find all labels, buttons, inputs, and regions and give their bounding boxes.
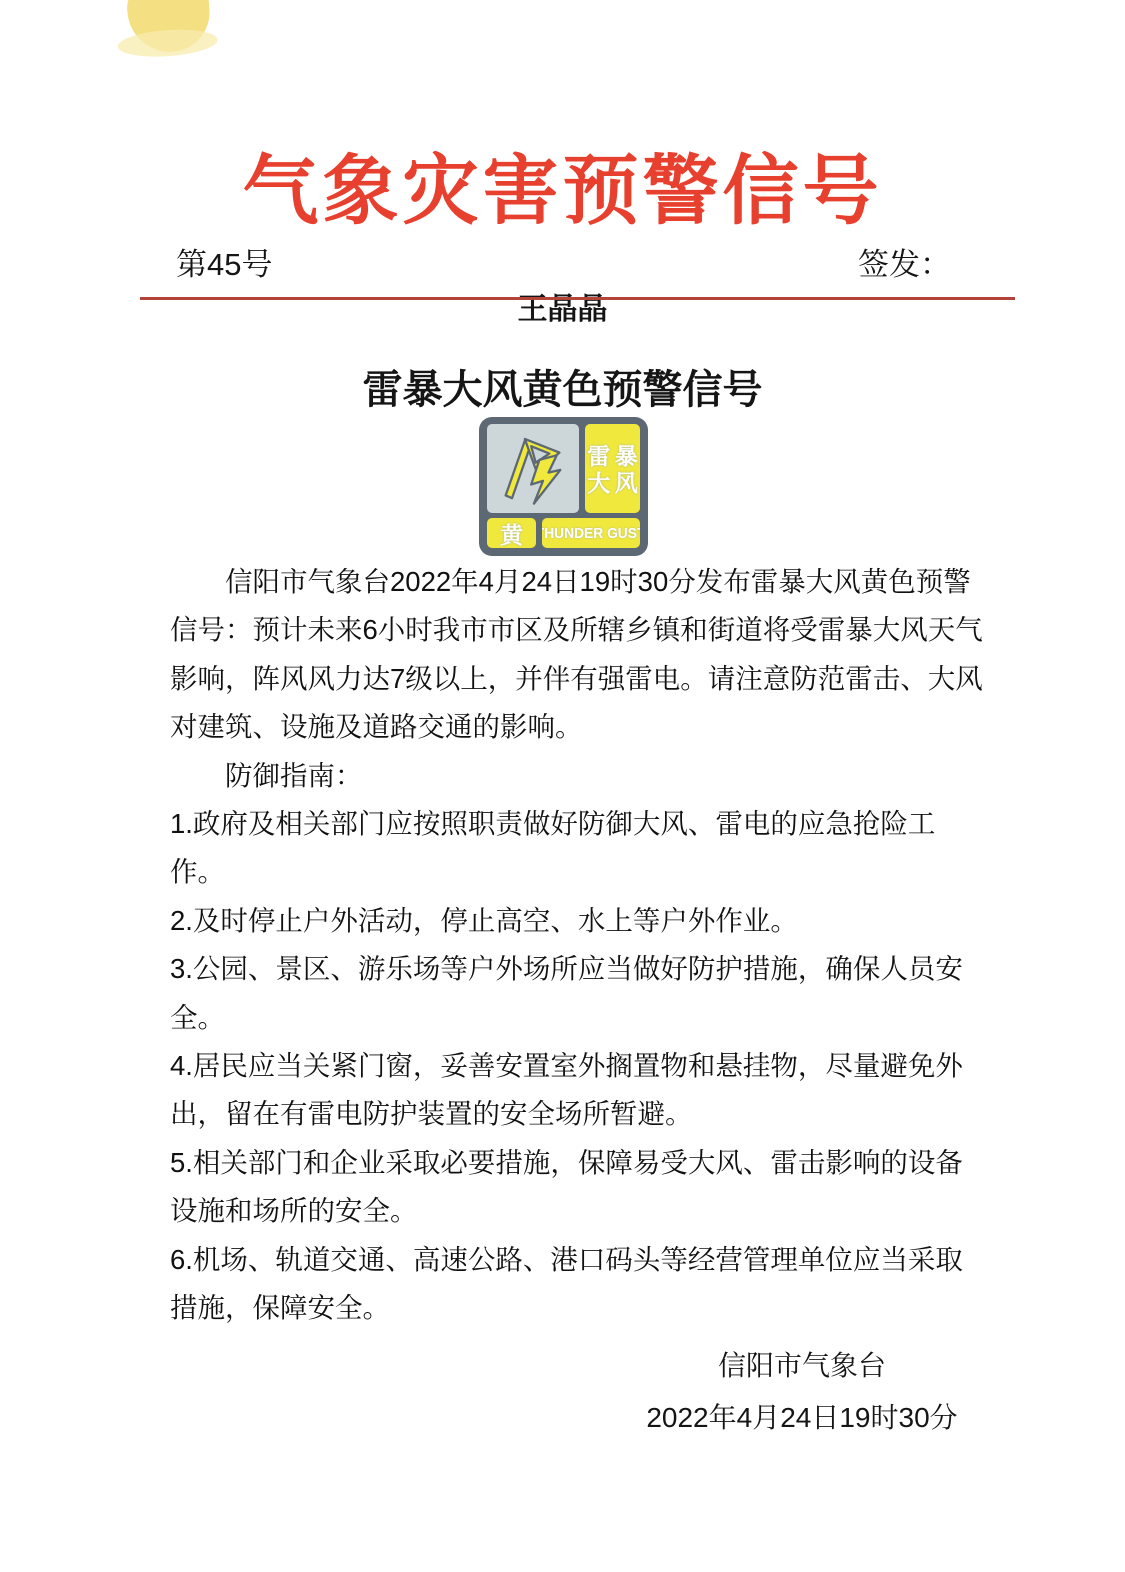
guideline-item: 3.公园、景区、游乐场等户外场所应当做好防护措施，确保人员安 全。 [170,945,1000,1042]
icon-name-char: 风 [615,470,638,497]
yellow-sticker-blob [126,0,212,55]
document-footer: 信阳市气象台 2022年4月24日19时30分 [562,1340,1042,1444]
gale-flag-lightning-icon [487,424,579,513]
guideline-item: 4.居民应当关紧门窗，妥善安置室外搁置物和悬挂物，尽量避免外 出，留在有雷电防护… [170,1042,1000,1139]
warning-document-page: 气象灾害预警信号 第45号 签发： 王晶晶 雷暴大风黄色预警信号 雷 暴 大 风 [0,0,1125,1572]
issue-datetime: 2022年4月24日19时30分 [562,1392,1042,1444]
thunder-gust-yellow-warning-icon: 雷 暴 大 风 黄 THUNDER GUST [479,417,648,556]
announcement-paragraph: 信阳市气象台2022年4月24日19时30分发布雷暴大风黄色预警 信号：预计未来… [170,558,1000,752]
icon-warning-name: 雷 暴 大 风 [585,424,640,513]
icon-name-char: 雷 [587,443,610,470]
icon-name-char: 大 [587,470,610,497]
guideline-item: 1.政府及相关部门应按照职责做好防御大风、雷电的应急抢险工 作。 [170,800,1000,897]
issuing-agency: 信阳市气象台 [562,1340,1042,1392]
guideline-item: 2.及时停止户外活动，停止高空、水上等户外作业。 [170,897,1000,945]
sign-label: 签发： [858,246,951,284]
header-divider-line [140,297,1015,300]
document-body: 信阳市气象台2022年4月24日19时30分发布雷暴大风黄色预警 信号：预计未来… [170,558,1000,1333]
icon-level-label: 黄 [500,517,523,550]
warning-signal-title: 雷暴大风黄色预警信号 [0,368,1125,412]
guideline-item: 5.相关部门和企业采取必要措施，保障易受大风、雷击影响的设备 设施和场所的安全。 [170,1139,1000,1236]
guide-heading: 防御指南： [170,752,1000,800]
icon-name-char: 暴 [615,443,638,470]
guideline-item: 6.机场、轨道交通、高速公路、港口码头等经营管理单位应当采取 措施，保障安全。 [170,1236,1000,1333]
signer-name: 王晶晶 [0,290,1125,330]
issue-number: 第45号 [176,246,272,284]
document-title: 气象灾害预警信号 [0,148,1125,236]
icon-level-badge: 黄 [487,518,536,548]
icon-english-badge: THUNDER GUST [542,518,640,548]
flag-lightning-glyph [490,428,576,510]
icon-english-label: THUNDER GUST [542,525,640,542]
